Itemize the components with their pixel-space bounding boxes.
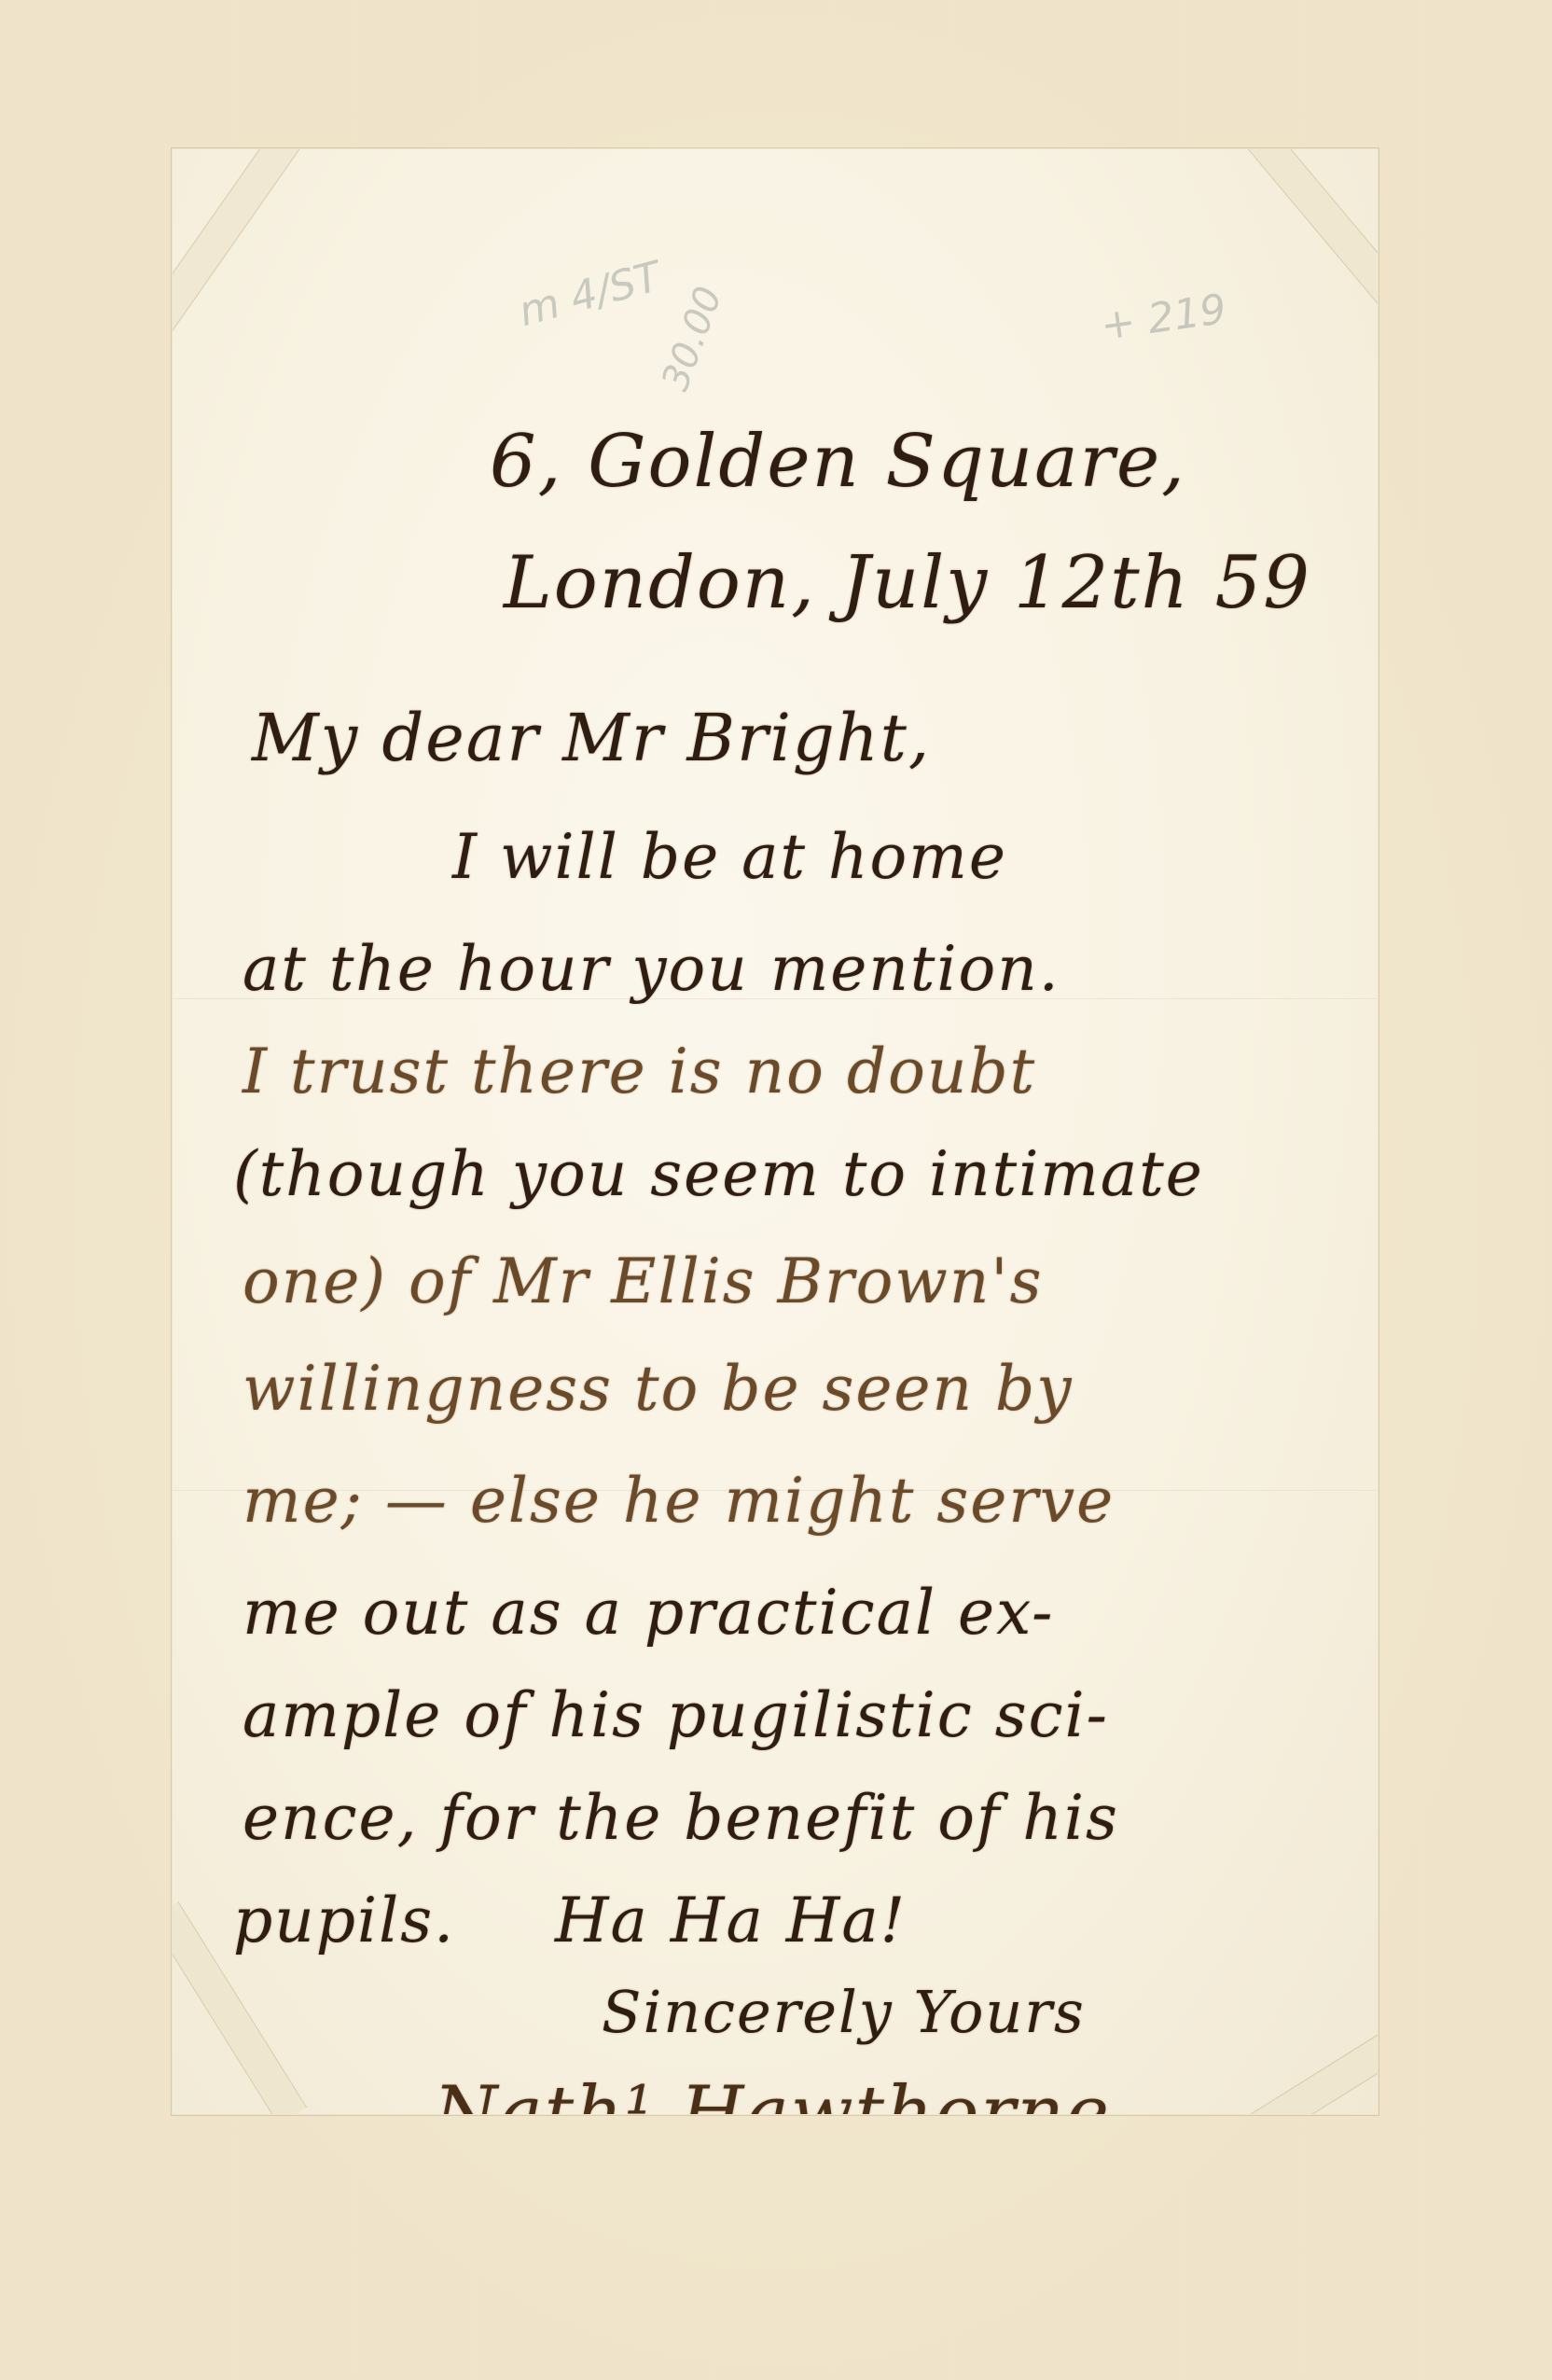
letter-sheet: m 4/ST 30.00 + 219 6, Golden Square, Lon…	[173, 149, 1378, 2114]
salutation: My dear Mr Bright,	[252, 700, 931, 776]
body-line: ence, for the benefit of his	[242, 1782, 1119, 1854]
pencil-note-catalog-number: + 219	[1098, 285, 1229, 350]
body-line: (though you seem to intimate	[233, 1138, 1204, 1210]
body-line: pupils.	[233, 1885, 455, 1956]
pencil-note-top-left: m 4/ST	[514, 253, 665, 336]
body-line: I trust there is no doubt	[242, 1036, 1036, 1107]
body-line: willingness to be seen by	[242, 1353, 1074, 1425]
body-line: ample of his pugilistic sci-	[242, 1679, 1109, 1751]
body-line: I will be at home	[452, 821, 1007, 893]
closing-line-1: Ha Ha Ha!	[555, 1885, 907, 1956]
body-line: one) of Mr Ellis Brown's	[242, 1246, 1043, 1317]
closing-line-2: Sincerely Yours	[602, 1978, 1086, 2046]
address-line-2: London, July 12th 59	[504, 541, 1311, 625]
signature: Nath¹ Hawthorne	[434, 2071, 1111, 2114]
body-line: me; — else he might serve	[242, 1465, 1115, 1537]
address-line-1: 6, Golden Square,	[490, 420, 1186, 504]
body-line: me out as a practical ex-	[242, 1577, 1054, 1649]
body-line: at the hour you mention.	[242, 933, 1060, 1005]
